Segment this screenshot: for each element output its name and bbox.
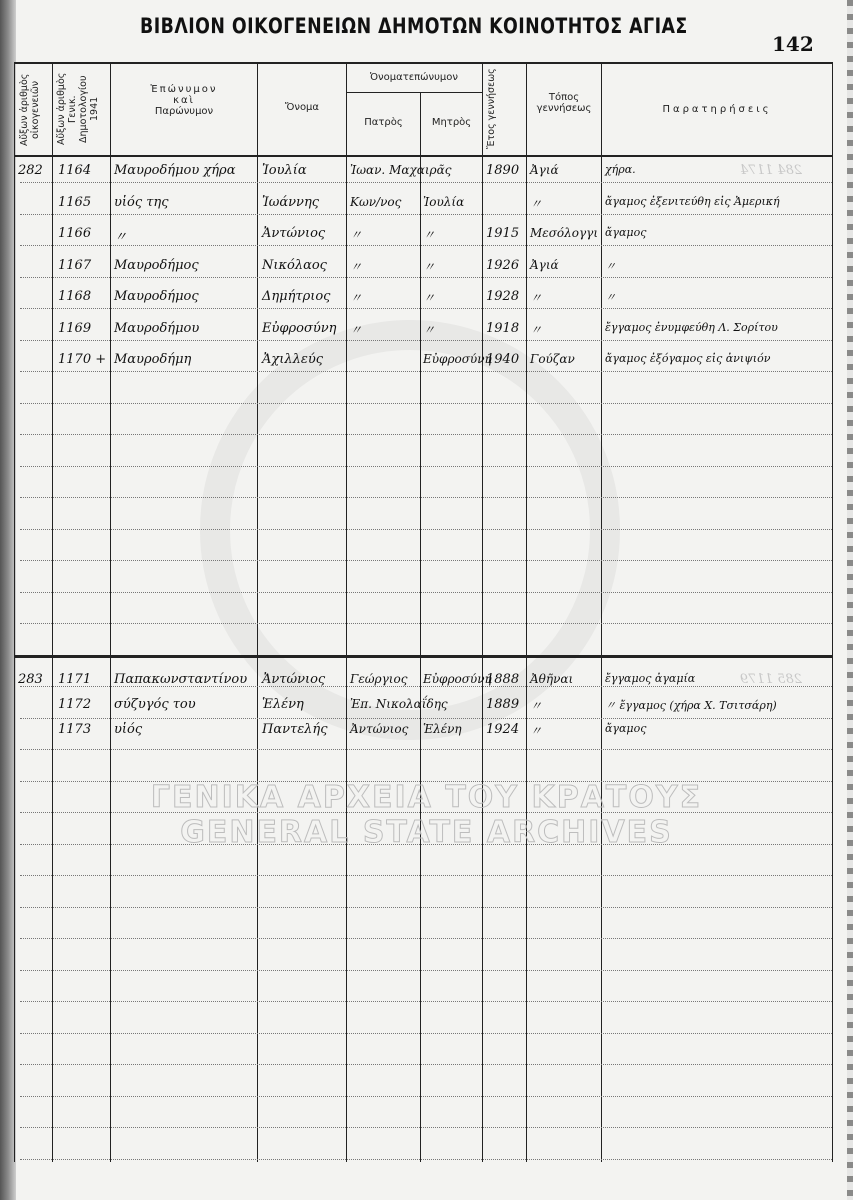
ruling-line — [20, 1001, 832, 1002]
family-number: 282 — [18, 163, 43, 178]
ruling-line — [20, 371, 832, 372]
ruling-line — [20, 529, 832, 530]
surname: Μαυροδήμος — [114, 258, 199, 273]
remarks: ἔγγαμος ἀγαμία — [605, 672, 695, 685]
ruling-line — [20, 308, 832, 309]
birth-year: 1940 — [486, 352, 519, 367]
remarks: ἔγγαμος ἐνυμφεύθη Λ. Σορίτου — [605, 321, 778, 334]
register-number: 1169 — [58, 321, 91, 336]
ruling-line — [20, 970, 832, 971]
register-number: 1167 — [58, 258, 91, 273]
father-name: 〃 — [350, 321, 362, 338]
ruling-line — [20, 182, 832, 183]
mother-name: 〃 — [423, 289, 435, 306]
col-line — [110, 62, 111, 1162]
mother-name: 〃 — [423, 226, 435, 243]
remarks: ἄγαμος ἐξενιτεύθη εἰς Ἀμερική — [605, 195, 780, 208]
given-name: Εὐφροσύνη — [262, 321, 336, 336]
given-name: Ἀντώνιος — [262, 226, 325, 241]
father-name: 〃 — [350, 226, 362, 243]
birth-place: 〃 — [530, 697, 542, 714]
ruling-line — [20, 592, 832, 593]
father-name: Ἀντώνιος — [350, 722, 408, 736]
birth-place: 〃 — [530, 321, 542, 338]
ruling-line — [20, 1064, 832, 1065]
col-line — [14, 62, 15, 1162]
header-father: Πατρὸς — [347, 117, 420, 128]
header-birth-place-line: γεννήσεως — [527, 103, 601, 114]
ruling-line — [20, 245, 832, 246]
register-number: 1168 — [58, 289, 91, 304]
register-number: 1164 — [58, 163, 91, 178]
ruling-line — [20, 718, 832, 719]
register-number: 1165 — [58, 195, 91, 210]
father-name: Ἐπ. Νικολαΐδης — [350, 697, 448, 711]
birth-place: 〃 — [530, 195, 542, 212]
family-number: 283 — [18, 672, 43, 687]
ruling-line — [20, 907, 832, 908]
bleedthrough-text: 284 1174 — [740, 163, 802, 178]
col-line — [346, 62, 347, 1162]
header-family-no: Αὔξων ἀριθμὸς οἰκογενειῶν — [19, 68, 49, 152]
father-name: Ἰωαν. Μαχαιρᾶς — [350, 163, 451, 177]
header-register-no: Αὔξων ἀριθμὸς Γενικ. Δημοτολογίου 1941 — [56, 66, 106, 152]
surname: Μαυροδήμου χήρα — [114, 163, 235, 178]
col-line — [601, 62, 602, 1162]
ruling-line — [20, 277, 832, 278]
header-surname-line: Παρώνυμον — [112, 106, 256, 117]
mother-name: 〃 — [423, 321, 435, 338]
birth-year: 1888 — [486, 672, 519, 687]
register-number: 1166 — [58, 226, 91, 241]
remarks: 〃 ἔγγαμος (χήρα Χ. Τσιτσάρη) — [605, 697, 777, 713]
ruling-line — [20, 403, 832, 404]
given-name: Ἑλένη — [262, 697, 304, 712]
birth-year: 1890 — [486, 163, 519, 178]
remarks: ἄγαμος — [605, 226, 646, 239]
ruling-line — [20, 1159, 832, 1160]
ruling-line — [20, 1127, 832, 1128]
page-title: ΒΙΒΛΙΟΝ ΟΙΚΟΓΕΝΕΙΩΝ ΔΗΜΟΤΩΝ ΚΟΙΝΟΤΗΤΟΣ Α… — [140, 14, 688, 38]
birth-year: 1924 — [486, 722, 519, 737]
birth-year: 1889 — [486, 697, 519, 712]
col-line — [482, 62, 483, 1162]
remarks: ἄγαμος — [605, 722, 646, 735]
header-name: Ὄνομα — [258, 102, 346, 113]
birth-year: 1915 — [486, 226, 519, 241]
remarks: ἄγαμος ἐξόγαμος εἰς ἀνιψιόν — [605, 352, 770, 365]
header-birth-place: Τόπος γεννήσεως — [527, 92, 601, 114]
given-name: Νικόλαος — [262, 258, 327, 273]
header-birth-place-line: Τόπος — [527, 92, 601, 103]
page-edge — [847, 0, 853, 1200]
register-number: 1172 — [58, 697, 91, 712]
father-name: 〃 — [350, 258, 362, 275]
father-name: Γεώργιος — [350, 672, 407, 686]
bleedthrough-text: 285 1179 — [740, 672, 802, 687]
register-number: 1173 — [58, 722, 91, 737]
register-number: 1171 — [58, 672, 91, 687]
col-line — [832, 62, 833, 1162]
father-name: 〃 — [350, 289, 362, 306]
given-name: Ἀντώνιος — [262, 672, 325, 687]
table-top-rule — [14, 62, 832, 64]
ruling-line — [20, 497, 832, 498]
ruling-line — [20, 466, 832, 467]
header-remarks: Παρατηρήσεις — [602, 104, 832, 115]
surname: υἱός της — [114, 195, 169, 210]
family-separator-rule — [14, 655, 832, 658]
given-name: Ἰουλία — [262, 163, 307, 178]
ruling-line — [20, 214, 832, 215]
birth-place: 〃 — [530, 289, 542, 306]
ruling-line — [20, 340, 832, 341]
mother-name: Ἰουλία — [423, 195, 464, 209]
header-parents-group: Ὀνοματεπώνυμον — [347, 72, 481, 83]
surname: Μαυροδήμου — [114, 321, 199, 336]
birth-place: Ἀγιά — [530, 163, 559, 177]
birth-place: Μεσόλογγι — [530, 226, 598, 240]
surname: υἱός — [114, 722, 142, 737]
surname: Παπακωνσταντίνου — [114, 672, 247, 687]
birth-place: 〃 — [530, 722, 542, 739]
given-name: Παντελής — [262, 722, 328, 737]
header-surname: Ἐπώνυμον καὶ Παρώνυμον — [112, 84, 256, 117]
watermark-greek: ΓΕΝΙΚΑ ΑΡΧΕΙΑ ΤΟΥ ΚΡΑΤΟΥΣ — [0, 780, 853, 815]
surname: 〃 — [114, 226, 127, 245]
father-name: Κων/νος — [350, 195, 401, 209]
ruling-line — [20, 749, 832, 750]
ruling-line — [20, 875, 832, 876]
birth-year: 1918 — [486, 321, 519, 336]
remarks: 〃 — [605, 258, 616, 274]
birth-year: 1928 — [486, 289, 519, 304]
birth-year: 1926 — [486, 258, 519, 273]
col-line — [526, 62, 527, 1162]
mother-name: Εὐφροσύνη — [423, 672, 492, 686]
birth-place: Ἀθῆναι — [530, 672, 573, 686]
given-name: Ἰωάννης — [262, 195, 319, 210]
ruling-line — [20, 938, 832, 939]
birth-place: Γούζαν — [530, 352, 575, 366]
page-number: 142 — [772, 32, 814, 56]
mother-name: Ἑλένη — [423, 722, 462, 736]
surname: Μαυροδήμη — [114, 352, 191, 367]
ruling-line — [20, 1096, 832, 1097]
mother-name: 〃 — [423, 258, 435, 275]
header-surname-line: Ἐπώνυμον — [112, 84, 256, 95]
ruling-line — [20, 623, 832, 624]
parents-group-rule — [346, 92, 482, 93]
surname: Μαυροδήμος — [114, 289, 199, 304]
remarks: χήρα. — [605, 163, 636, 176]
header-surname-line: καὶ — [112, 95, 256, 106]
given-name: Ἀχιλλεύς — [262, 352, 323, 367]
register-number: 1170 + — [58, 352, 106, 367]
header-mother: Μητρὸς — [421, 117, 482, 128]
header-bottom-rule — [14, 155, 832, 157]
remarks: 〃 — [605, 289, 616, 305]
ruling-line — [20, 434, 832, 435]
watermark-english: GENERAL STATE ARCHIVES — [0, 815, 853, 850]
mother-name: Εὐφροσύνη — [423, 352, 492, 366]
ruling-line — [20, 560, 832, 561]
given-name: Δημήτριος — [262, 289, 330, 304]
birth-place: Ἀγιά — [530, 258, 559, 272]
ruling-line — [20, 1033, 832, 1034]
col-line — [257, 62, 258, 1162]
col-line — [52, 62, 53, 1162]
header-birth-year: Ἔτος γεννήσεως — [486, 66, 524, 152]
surname: σύζυγός του — [114, 697, 196, 712]
